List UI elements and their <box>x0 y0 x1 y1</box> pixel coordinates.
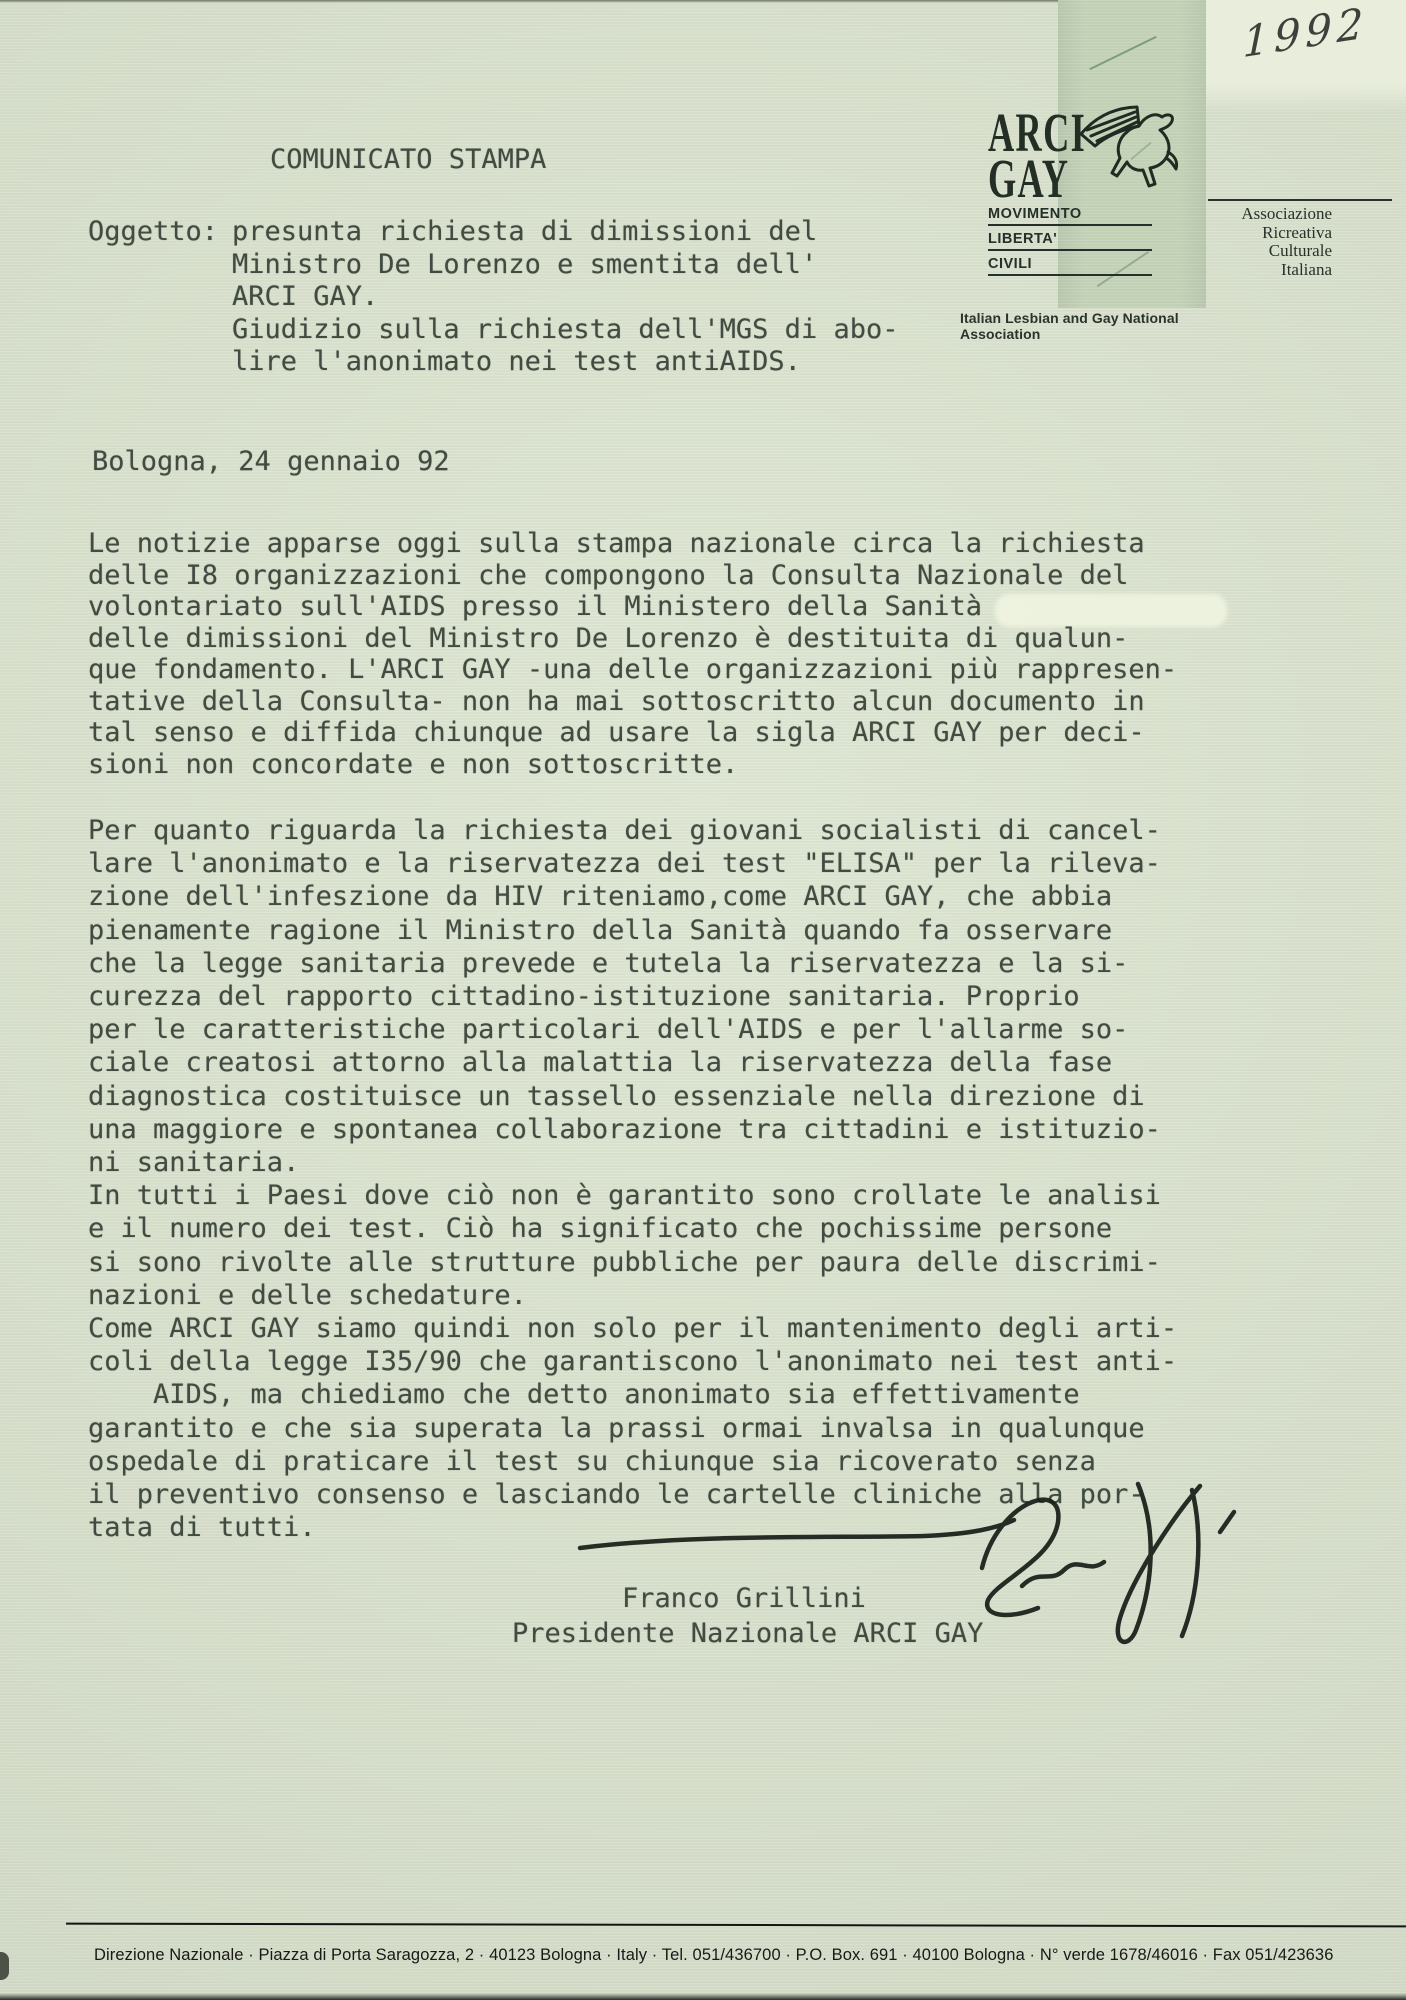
press-release-document: 1992 ARCI GAY MOVIMENTO LIBERTA' CIVILI … <box>0 0 1406 2000</box>
body-paragraph-1: Le notizie apparse oggi sulla stampa naz… <box>88 528 1177 780</box>
tagline-liberta: LIBERTA' <box>988 231 1152 251</box>
dateline: Bologna, 24 gennaio 92 <box>92 446 450 477</box>
tagline-civili: CIVILI <box>988 256 1152 276</box>
association-divider-line <box>1208 199 1392 201</box>
tagline-movimento: MOVIMENTO <box>988 206 1152 226</box>
scan-artifact-mark <box>0 1952 9 1980</box>
subject-label: Oggetto: <box>88 216 218 249</box>
pegasus-icon <box>1075 100 1200 192</box>
body-paragraph-2: Per quanto riguarda la richiesta dei gio… <box>88 814 1177 1544</box>
footer-divider-line <box>66 1923 1406 1928</box>
press-release-title: COMUNICATO STAMPA <box>270 144 546 175</box>
logo-tagline: MOVIMENTO LIBERTA' CIVILI <box>988 206 1152 281</box>
logo-wordmark-gay: GAY <box>988 156 1069 202</box>
signature-name: Franco Grillini <box>622 1583 866 1614</box>
association-name-block: Associazione Ricreativa Culturale Italia… <box>1140 205 1332 279</box>
scan-edge-bottom <box>0 1993 1406 2000</box>
signature-title: Presidente Nazionale ARCI GAY <box>512 1618 983 1649</box>
english-subtitle: Italian Lesbian and Gay National Associa… <box>960 310 1260 342</box>
subject-body: presunta richiesta di dimissioni del Min… <box>232 216 898 379</box>
footer-contact-line: Direzione Nazionale · Piazza di Porta Sa… <box>94 1946 1384 1965</box>
